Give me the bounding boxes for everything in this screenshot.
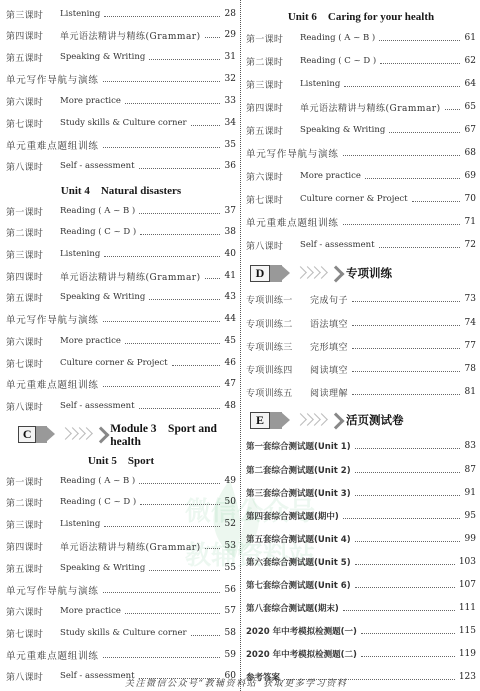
toc-entry[interactable]: 2020 年中考模拟检测题(一) 115 (246, 621, 476, 641)
chevrons-icon (296, 266, 324, 280)
leader-dots (149, 59, 220, 60)
leader-dots (104, 256, 220, 257)
toc-entry[interactable]: 第五课时 Speaking & Writing 43 (6, 287, 236, 307)
leader-dots (104, 16, 220, 17)
leader-dots (103, 81, 220, 82)
toc-entry[interactable]: 第四课时 单元语法精讲与精练(Grammar) 29 (6, 25, 236, 45)
leader-dots (389, 132, 460, 133)
leader-dots (139, 168, 220, 169)
toc-entry[interactable]: 第二课时 Reading ( C ~ D ) 50 (6, 492, 236, 512)
toc-entry[interactable]: 第二套综合测试题(Unit 2) 87 (246, 460, 476, 480)
leader-dots (140, 504, 220, 505)
toc-entry[interactable]: 第六套综合测试题(Unit 5) 103 (246, 552, 476, 572)
toc-entry[interactable]: 第七课时 Study skills & Culture corner 58 (6, 623, 236, 643)
toc-entry[interactable]: 第七课时 Study skills & Culture corner 34 (6, 113, 236, 133)
toc-entry[interactable]: 专项训练三 完形填空 77 (246, 336, 476, 356)
toc-entry[interactable]: 第六课时 More practice 57 (6, 601, 236, 621)
toc-entry[interactable]: 第五套综合测试题(Unit 4) 99 (246, 529, 476, 549)
toc-entry[interactable]: 第三课时 Listening 40 (6, 244, 236, 264)
chevron-right-icon (332, 412, 344, 428)
leader-dots (343, 224, 460, 225)
toc-entry[interactable]: 第六课时 More practice 33 (6, 91, 236, 111)
toc-entry[interactable]: 第二课时 Reading ( C ~ D ) 62 (246, 51, 476, 71)
toc-entry[interactable]: 第四课时 单元语法精讲与精练(Grammar) 53 (6, 536, 236, 556)
leader-dots (172, 365, 220, 366)
leader-dots (103, 592, 220, 593)
toc-entry[interactable]: 第一课时 Reading ( A ~ B ) 61 (246, 28, 476, 48)
section-badge: D (250, 265, 270, 282)
toc-entry[interactable]: 第三套综合测试题(Unit 3) 91 (246, 483, 476, 503)
toc-entry[interactable]: 第六课时 More practice 45 (6, 331, 236, 351)
column-divider (240, 0, 241, 691)
leader-dots (205, 278, 220, 279)
leader-dots (361, 633, 455, 634)
toc-entry[interactable]: 第四套综合测试题(期中) 95 (246, 506, 476, 526)
leader-dots (125, 343, 220, 344)
leader-dots (205, 548, 220, 549)
leader-dots (352, 325, 460, 326)
chevron-right-icon (97, 426, 108, 442)
section-d-heading: D 专项训练 (250, 262, 392, 284)
unit-heading: Unit 5 Sport (6, 452, 236, 468)
leader-dots (343, 518, 460, 519)
leader-dots (103, 386, 220, 387)
toc-entry[interactable]: 第六课时 More practice 69 (246, 166, 476, 186)
leader-dots (205, 37, 220, 38)
toc-entry[interactable]: 第四课时 单元语法精讲与精练(Grammar) 65 (246, 97, 476, 117)
leader-dots (103, 321, 220, 322)
toc-entry[interactable]: 第八课时 Self - assessment 48 (6, 396, 236, 416)
toc-entry[interactable]: 第三课时 Listening 28 (6, 4, 236, 24)
toc-entry[interactable]: 第五课时 Speaking & Writing 31 (6, 47, 236, 67)
leader-dots (361, 656, 455, 657)
toc-entry[interactable]: 第一课时 Reading ( A ~ B ) 37 (6, 201, 236, 221)
leader-dots (191, 635, 220, 636)
leader-dots (355, 587, 455, 588)
toc-entry[interactable]: 专项训练二 语法填空 74 (246, 313, 476, 333)
toc-entry[interactable]: 第八课时 Self - assessment 36 (6, 156, 236, 176)
toc-entry[interactable]: 专项训练五 阅读理解 81 (246, 382, 476, 402)
leader-dots (191, 125, 220, 126)
leader-dots (343, 155, 460, 156)
toc-entry[interactable]: 第七课时 Culture corner & Project 46 (6, 353, 236, 373)
leader-dots (140, 234, 220, 235)
toc-entry[interactable]: 第四课时 单元语法精讲与精练(Grammar) 41 (6, 266, 236, 286)
leader-dots (412, 201, 460, 202)
toc-entry[interactable]: 第五课时 Speaking & Writing 55 (6, 558, 236, 578)
toc-entry[interactable]: 第一课时 Reading ( A ~ B ) 49 (6, 471, 236, 491)
leader-dots (365, 178, 460, 179)
leader-dots (352, 348, 460, 349)
leader-dots (343, 610, 455, 611)
leader-dots (355, 472, 460, 473)
unit-heading: Unit 6 Caring for your health (246, 8, 476, 24)
badge-arrow-tip-icon (46, 426, 55, 442)
toc-entry[interactable]: 专项训练四 阅读填空 78 (246, 359, 476, 379)
leader-dots (355, 564, 455, 565)
toc-entry[interactable]: 第二课时 Reading ( C ~ D ) 38 (6, 222, 236, 242)
toc-entry[interactable]: 单元写作导航与演练 68 (246, 143, 476, 163)
leader-dots (352, 301, 460, 302)
toc-entry[interactable]: 单元写作导航与演练 32 (6, 69, 236, 89)
leader-dots (139, 483, 220, 484)
chevron-right-icon (332, 265, 344, 281)
toc-entry[interactable]: 单元写作导航与演练 44 (6, 309, 236, 329)
leader-dots (139, 213, 220, 214)
leader-dots (103, 657, 220, 658)
toc-entry[interactable]: 单元重难点题组训练 35 (6, 135, 236, 155)
toc-entry[interactable]: 单元重难点题组训练 59 (6, 645, 236, 665)
leader-dots (344, 86, 460, 87)
chevrons-icon (296, 413, 324, 427)
toc-entry[interactable]: 单元重难点题组训练 47 (6, 374, 236, 394)
leader-dots (445, 109, 460, 110)
section-e-heading: E 活页测试卷 (250, 409, 404, 431)
toc-entry[interactable]: 第七课时 Culture corner & Project 70 (246, 189, 476, 209)
toc-entry[interactable]: 2020 年中考模拟检测题(二) 119 (246, 644, 476, 664)
leader-dots (379, 40, 460, 41)
toc-entry[interactable]: 第五课时 Speaking & Writing 67 (246, 120, 476, 140)
unit-heading: Unit 4 Natural disasters (6, 182, 236, 198)
toc-entry[interactable]: 单元写作导航与演练 56 (6, 580, 236, 600)
leader-dots (104, 526, 220, 527)
toc-entry[interactable]: 第一套综合测试题(Unit 1) 83 (246, 436, 476, 456)
section-badge: E (250, 412, 270, 429)
toc-entry[interactable]: 第三课时 Listening 64 (246, 74, 476, 94)
leader-dots (125, 613, 220, 614)
leader-dots (149, 570, 220, 571)
leader-dots (139, 408, 220, 409)
toc-entry[interactable]: 第七套综合测试题(Unit 6) 107 (246, 575, 476, 595)
chevrons-icon (61, 427, 89, 441)
toc-entry[interactable]: 第八套综合测试题(期末) 111 (246, 598, 476, 618)
footer-handwritten-note: 关注微信公众号“教辅资料站”获取更多学习资料 (125, 676, 365, 689)
leader-dots (103, 147, 220, 148)
toc-entry[interactable]: 单元重难点题组训练 71 (246, 212, 476, 232)
leader-dots (125, 103, 220, 104)
leader-dots (379, 247, 460, 248)
leader-dots (355, 495, 460, 496)
section-badge: C (18, 426, 36, 443)
toc-entry[interactable]: 专项训练一 完成句子 73 (246, 289, 476, 309)
badge-arrow-tip-icon (281, 265, 290, 281)
module-3-heading: C Module 3 Sport and health (18, 423, 238, 445)
leader-dots (355, 541, 460, 542)
leader-dots (380, 63, 460, 64)
leader-dots (149, 299, 220, 300)
leader-dots (352, 394, 460, 395)
toc-entry[interactable]: 第八课时 Self - assessment 72 (246, 235, 476, 255)
leader-dots (355, 448, 460, 449)
badge-arrow-tip-icon (281, 412, 290, 428)
toc-entry[interactable]: 第三课时 Listening 52 (6, 514, 236, 534)
leader-dots (352, 371, 460, 372)
